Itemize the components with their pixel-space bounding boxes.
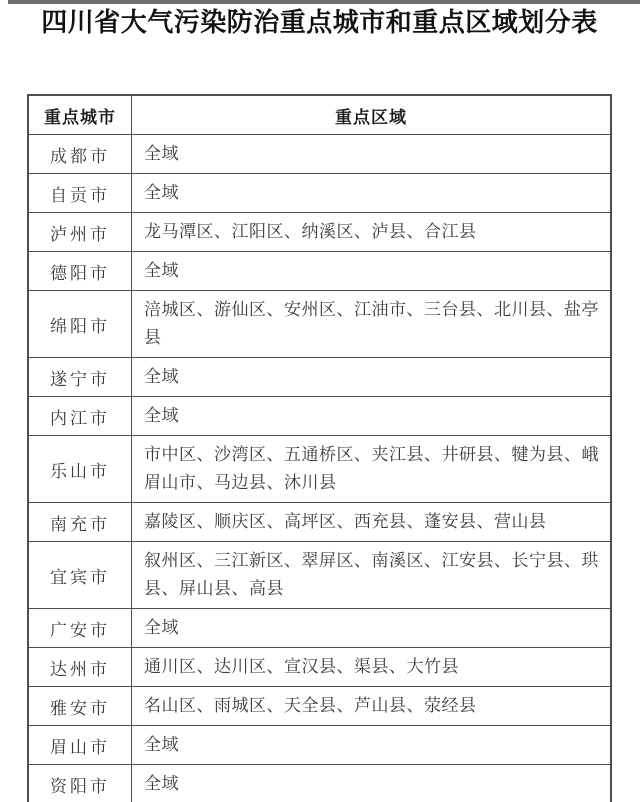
city-cell: 遂宁市 bbox=[28, 358, 132, 397]
table-row: 成都市全域 bbox=[28, 135, 611, 174]
city-cell: 广安市 bbox=[28, 609, 132, 648]
table-row: 乐山市市中区、沙湾区、五通桥区、夹江县、井研县、犍为县、峨眉山市、马边县、沐川县 bbox=[28, 436, 611, 503]
table-row: 泸州市龙马潭区、江阳区、纳溪区、泸县、合江县 bbox=[28, 213, 611, 252]
table-header: 重点城市 重点区域 bbox=[28, 95, 611, 135]
city-cell: 南充市 bbox=[28, 503, 132, 542]
city-cell: 绵阳市 bbox=[28, 291, 132, 358]
region-cell: 全域 bbox=[132, 174, 612, 213]
city-cell: 资阳市 bbox=[28, 765, 132, 802]
city-cell: 内江市 bbox=[28, 397, 132, 436]
city-cell: 乐山市 bbox=[28, 436, 132, 503]
region-cell: 市中区、沙湾区、五通桥区、夹江县、井研县、犍为县、峨眉山市、马边县、沐川县 bbox=[132, 436, 612, 503]
region-cell: 全域 bbox=[132, 135, 612, 174]
page-title: 四川省大气污染防治重点城市和重点区域划分表 bbox=[27, 8, 612, 38]
regions-table: 重点城市 重点区域 成都市全域自贡市全域泸州市龙马潭区、江阳区、纳溪区、泸县、合… bbox=[27, 94, 612, 802]
column-header-region: 重点区域 bbox=[132, 95, 612, 135]
region-cell: 叙州区、三江新区、翠屏区、南溪区、江安县、长宁县、珙县、屏山县、高县 bbox=[132, 542, 612, 609]
table-row: 南充市嘉陵区、顺庆区、高坪区、西充县、蓬安县、营山县 bbox=[28, 503, 611, 542]
table-row: 广安市全域 bbox=[28, 609, 611, 648]
region-cell: 全域 bbox=[132, 609, 612, 648]
region-cell: 名山区、雨城区、天全县、芦山县、荥经县 bbox=[132, 687, 612, 726]
region-cell: 龙马潭区、江阳区、纳溪区、泸县、合江县 bbox=[132, 213, 612, 252]
table-row: 自贡市全域 bbox=[28, 174, 611, 213]
city-cell: 雅安市 bbox=[28, 687, 132, 726]
table-row: 内江市全域 bbox=[28, 397, 611, 436]
table-row: 眉山市全域 bbox=[28, 726, 611, 765]
region-cell: 全域 bbox=[132, 252, 612, 291]
region-cell: 涪城区、游仙区、安州区、江油市、三台县、北川县、盐亭县 bbox=[132, 291, 612, 358]
table-row: 宜宾市叙州区、三江新区、翠屏区、南溪区、江安县、长宁县、珙县、屏山县、高县 bbox=[28, 542, 611, 609]
city-cell: 达州市 bbox=[28, 648, 132, 687]
table-row: 雅安市名山区、雨城区、天全县、芦山县、荥经县 bbox=[28, 687, 611, 726]
table-row: 绵阳市涪城区、游仙区、安州区、江油市、三台县、北川县、盐亭县 bbox=[28, 291, 611, 358]
table-row: 达州市通川区、达川区、宣汉县、渠县、大竹县 bbox=[28, 648, 611, 687]
city-cell: 宜宾市 bbox=[28, 542, 132, 609]
region-cell: 通川区、达川区、宣汉县、渠县、大竹县 bbox=[132, 648, 612, 687]
table-body: 成都市全域自贡市全域泸州市龙马潭区、江阳区、纳溪区、泸县、合江县德阳市全域绵阳市… bbox=[28, 135, 611, 802]
region-cell: 嘉陵区、顺庆区、高坪区、西充县、蓬安县、营山县 bbox=[132, 503, 612, 542]
city-cell: 德阳市 bbox=[28, 252, 132, 291]
table-row: 遂宁市全域 bbox=[28, 358, 611, 397]
city-cell: 成都市 bbox=[28, 135, 132, 174]
column-header-city: 重点城市 bbox=[28, 95, 132, 135]
top-edge-strip bbox=[8, 0, 640, 4]
header-row: 重点城市 重点区域 bbox=[28, 95, 611, 135]
region-cell: 全域 bbox=[132, 358, 612, 397]
city-cell: 眉山市 bbox=[28, 726, 132, 765]
table-row: 德阳市全域 bbox=[28, 252, 611, 291]
table-row: 资阳市全域 bbox=[28, 765, 611, 802]
city-cell: 泸州市 bbox=[28, 213, 132, 252]
region-cell: 全域 bbox=[132, 765, 612, 802]
city-cell: 自贡市 bbox=[28, 174, 132, 213]
region-cell: 全域 bbox=[132, 726, 612, 765]
region-cell: 全域 bbox=[132, 397, 612, 436]
